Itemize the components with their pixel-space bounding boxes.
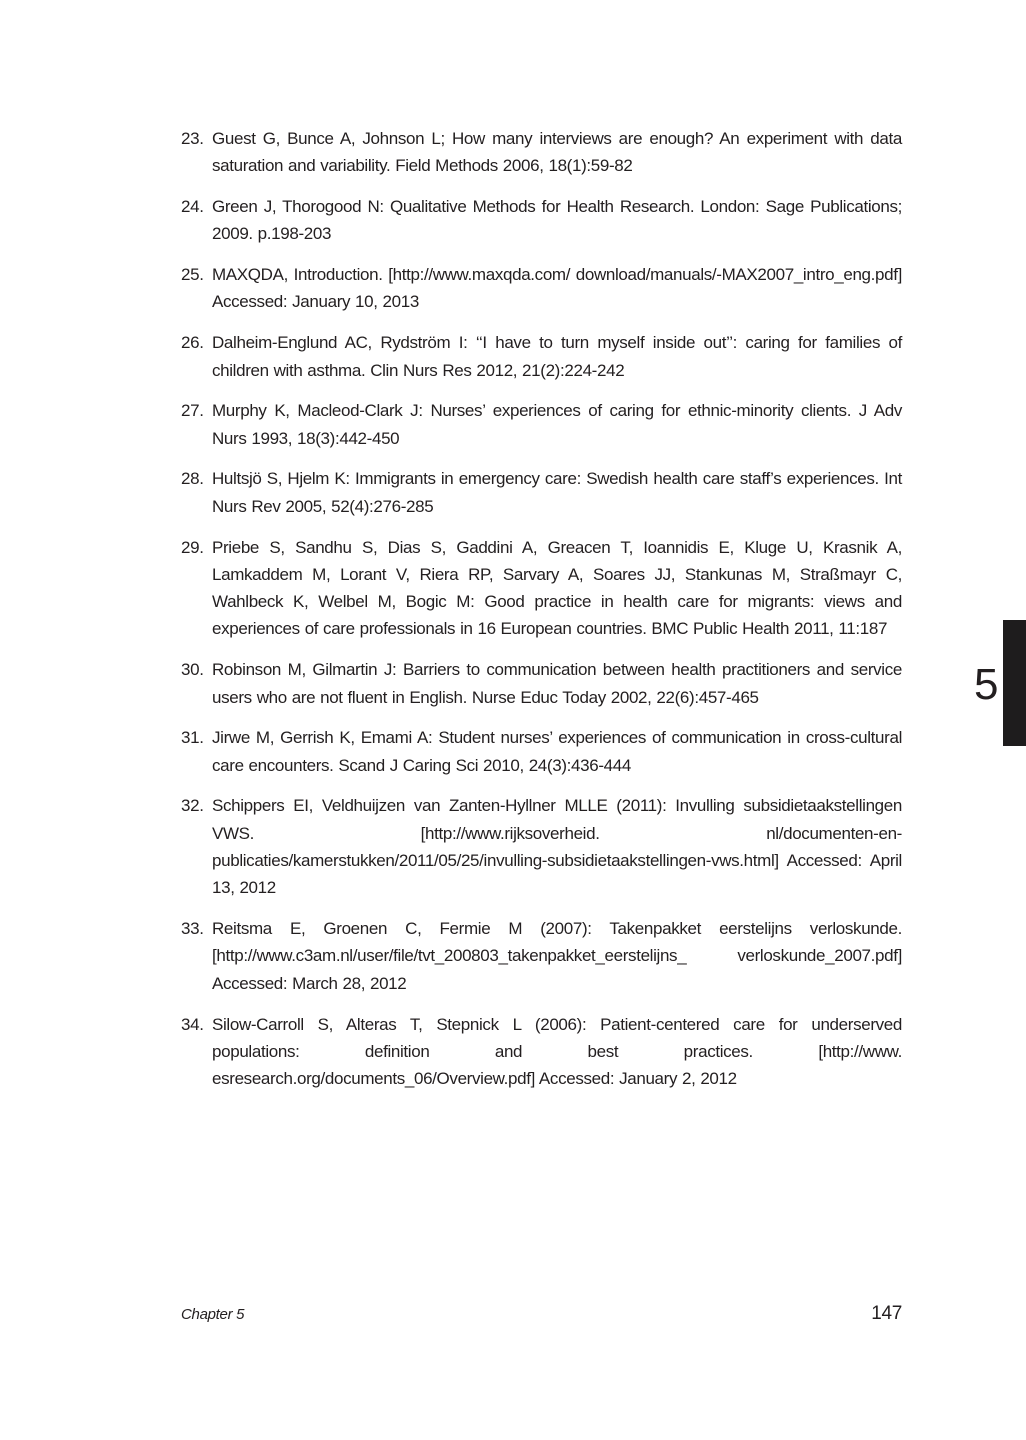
reference-item: 27.Murphy K, Macleod-Clark J: Nurses’ ex… [181, 397, 902, 452]
reference-number: 28. [181, 465, 204, 492]
reference-text: MAXQDA, Introduction. [http://www.maxqda… [212, 261, 902, 316]
chapter-thumb-tab [1003, 620, 1026, 746]
running-footer-chapter: Chapter 5 [181, 1306, 244, 1323]
chapter-tab-number: 5 [974, 660, 998, 710]
reference-number: 24. [181, 193, 204, 220]
reference-text: Jirwe M, Gerrish K, Emami A: Student nur… [212, 724, 902, 779]
reference-item: 28.Hultsjö S, Hjelm K: Immigrants in eme… [181, 465, 902, 520]
reference-item: 32.Schippers EI, Veldhuijzen van Zanten-… [181, 792, 902, 901]
reference-item: 33.Reitsma E, Groenen C, Fermie M (2007)… [181, 915, 902, 997]
reference-number: 23. [181, 125, 204, 152]
reference-text: Green J, Thorogood N: Qualitative Method… [212, 193, 902, 248]
reference-text: Guest G, Bunce A, Johnson L; How many in… [212, 125, 902, 180]
reference-text: Schippers EI, Veldhuijzen van Zanten-Hyl… [212, 792, 902, 901]
reference-item: 25.MAXQDA, Introduction. [http://www.max… [181, 261, 902, 316]
reference-number: 26. [181, 329, 204, 356]
reference-text: Silow-Carroll S, Alteras T, Stepnick L (… [212, 1011, 902, 1093]
reference-text: Murphy K, Macleod-Clark J: Nurses’ exper… [212, 397, 902, 452]
reference-number: 31. [181, 724, 204, 751]
reference-item: 31.Jirwe M, Gerrish K, Emami A: Student … [181, 724, 902, 779]
reference-list: 23.Guest G, Bunce A, Johnson L; How many… [181, 125, 902, 1106]
reference-text: Priebe S, Sandhu S, Dias S, Gaddini A, G… [212, 534, 902, 643]
reference-text: Robinson M, Gilmartin J: Barriers to com… [212, 656, 902, 711]
reference-number: 33. [181, 915, 204, 942]
reference-number: 30. [181, 656, 204, 683]
reference-item: 24.Green J, Thorogood N: Qualitative Met… [181, 193, 902, 248]
reference-number: 32. [181, 792, 204, 819]
reference-number: 29. [181, 534, 204, 561]
reference-number: 25. [181, 261, 204, 288]
reference-number: 34. [181, 1011, 204, 1038]
reference-item: 23.Guest G, Bunce A, Johnson L; How many… [181, 125, 902, 180]
reference-text: Hultsjö S, Hjelm K: Immigrants in emerge… [212, 465, 902, 520]
reference-text: Dalheim-Englund AC, Rydström I: ‘‘I have… [212, 329, 902, 384]
reference-text: Reitsma E, Groenen C, Fermie M (2007): T… [212, 915, 902, 997]
reference-item: 26.Dalheim-Englund AC, Rydström I: ‘‘I h… [181, 329, 902, 384]
reference-item: 34.Silow-Carroll S, Alteras T, Stepnick … [181, 1011, 902, 1093]
reference-number: 27. [181, 397, 204, 424]
reference-item: 30.Robinson M, Gilmartin J: Barriers to … [181, 656, 902, 711]
page-number: 147 [871, 1303, 902, 1325]
reference-item: 29.Priebe S, Sandhu S, Dias S, Gaddini A… [181, 534, 902, 643]
